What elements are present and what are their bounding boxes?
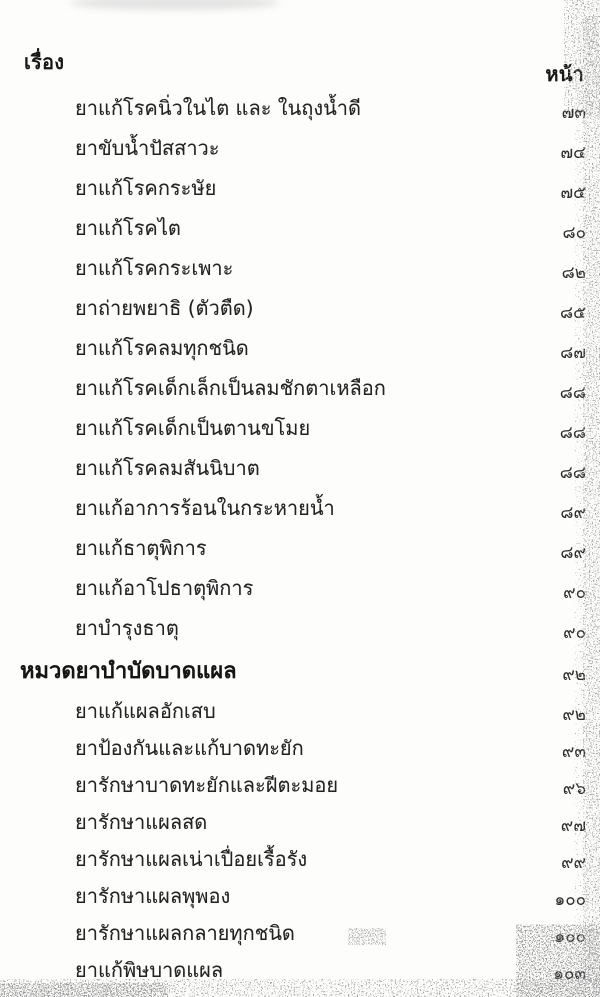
- toc-section-page: ๙๒: [552, 661, 586, 688]
- toc-entry-page: ๙๐: [552, 619, 586, 646]
- toc-entry-page: ๗๔: [552, 139, 586, 166]
- toc-entry-label: ยาแก้โรคลมสันนิบาต: [75, 452, 260, 484]
- scanned-toc-page: เรื่อง หน้า ยาแก้โรคนิ่วในไต และ ในถุงน้…: [0, 0, 600, 997]
- toc-entry: ยาแก้แผลอักเสบ๙๒: [0, 692, 600, 729]
- toc-entry: ยาแก้โรคกระษัย๗๕: [0, 168, 600, 208]
- toc-entry-label: ยาแก้โรคไต: [75, 212, 181, 244]
- toc-entry: ยาป้องกันและแก้บาดทะยัก๙๓: [0, 729, 600, 766]
- toc-section-label: หมวดยาบำบัดบาดแผล: [20, 653, 237, 688]
- toc-entry-page: ๗๕: [552, 179, 586, 206]
- toc-entry-label: ยาแก้โรคกระษัย: [75, 172, 216, 204]
- toc-entry-page: ๘๐: [552, 219, 586, 246]
- toc-entry-label: ยารักษาแผลเน่าเปื่อยเรื้อรัง: [75, 843, 307, 875]
- toc-entry: ยาแก้โรคเด็กเป็นตานขโมย๘๘: [0, 408, 600, 448]
- toc-entry: ยาบำรุงธาตุ๙๐: [0, 608, 600, 648]
- toc-entry-label: ยาป้องกันและแก้บาดทะยัก: [75, 732, 304, 764]
- toc-entry-page: ๙๖: [552, 775, 586, 802]
- toc-entry-page: ๘๗: [552, 339, 586, 366]
- toc-entry-page: ๘๙: [552, 499, 586, 526]
- toc-entry-page: ๑๐๓: [552, 960, 586, 987]
- toc-entry: ยาแก้โรคไต๘๐: [0, 208, 600, 248]
- toc-entry-page: ๘๙: [552, 539, 586, 566]
- toc-entry-page: ๘๘: [552, 419, 586, 446]
- column-header-page: หน้า: [545, 58, 584, 90]
- toc-entry: ยารักษาแผลพุพอง๑๐๐: [0, 877, 600, 914]
- toc-entry-label: ยาแก้อาโปธาตุพิการ: [75, 572, 253, 604]
- toc-entry-label: ยาถ่ายพยาธิ (ตัวตืด): [75, 292, 254, 324]
- toc-entry: ยาแก้ธาตุพิการ๘๙: [0, 528, 600, 568]
- toc-entry-page: ๙๙: [552, 849, 586, 876]
- toc-entry: ยาแก้โรคลมทุกชนิด๘๗: [0, 328, 600, 368]
- toc-entry: ยารักษาแผลกลายทุกชนิด๑๐๐: [0, 914, 600, 951]
- toc-entry: ยาขับน้ำปัสสาวะ๗๔: [0, 128, 600, 168]
- toc-entry: ยาแก้โรคนิ่วในไต และ ในถุงน้ำดี๗๓: [0, 88, 600, 128]
- toc-entry-label: ยาแก้ธาตุพิการ: [75, 532, 207, 564]
- toc-list: ยาแก้โรคนิ่วในไต และ ในถุงน้ำดี๗๓ ยาขับน…: [0, 88, 600, 988]
- toc-entry-label: ยาแก้อาการร้อนในกระหายน้ำ: [75, 492, 335, 524]
- toc-section-list: ยาแก้แผลอักเสบ๙๒ ยาป้องกันและแก้บาดทะยัก…: [0, 692, 600, 988]
- toc-entry-label: ยาแก้โรคลมทุกชนิด: [75, 332, 249, 364]
- top-scan-smudge: [70, 0, 280, 10]
- toc-entry-page: ๘๘: [552, 379, 586, 406]
- toc-entry-label: ยารักษาแผลกลายทุกชนิด: [75, 917, 295, 949]
- toc-entry-page: ๑๐๐: [552, 923, 586, 950]
- toc-entry-page: ๑๐๐: [552, 886, 586, 913]
- toc-entry-label: ยารักษาบาดทะยักและฝีตะมอย: [75, 769, 338, 801]
- toc-entry-label: ยาแก้โรคเด็กเป็นตานขโมย: [75, 412, 310, 444]
- toc-entry: ยาแก้อาการร้อนในกระหายน้ำ๘๙: [0, 488, 600, 528]
- toc-entry: ยาถ่ายพยาธิ (ตัวตืด)๘๕: [0, 288, 600, 328]
- toc-entry: ยารักษาบาดทะยักและฝีตะมอย๙๖: [0, 766, 600, 803]
- toc-entry-label: ยาแก้แผลอักเสบ: [75, 695, 216, 727]
- toc-entry: ยาแก้พิษบาดแผล๑๐๓: [0, 951, 600, 988]
- toc-entry-page: ๙๓: [552, 738, 586, 765]
- toc-entry-page: ๙๐: [552, 579, 586, 606]
- toc-entry: ยาแก้อาโปธาตุพิการ๙๐: [0, 568, 600, 608]
- toc-entry-label: ยาบำรุงธาตุ: [75, 612, 179, 644]
- column-header-subject: เรื่อง: [24, 46, 64, 78]
- toc-entry-label: ยารักษาแผลพุพอง: [75, 880, 230, 912]
- toc-entry-page: ๘๘: [552, 459, 586, 486]
- toc-entry-label: ยารักษาแผลสด: [75, 806, 207, 838]
- toc-entry-page: ๙๗: [552, 812, 586, 839]
- toc-entry: ยาแก้โรคเด็กเล็กเป็นลมชักตาเหลือก๘๘: [0, 368, 600, 408]
- toc-entry: ยาแก้โรคกระเพาะ๘๒: [0, 248, 600, 288]
- toc-entry-page: ๗๓: [552, 99, 586, 126]
- toc-entry-label: ยาแก้โรคนิ่วในไต และ ในถุงน้ำดี: [75, 92, 361, 124]
- toc-section-header: หมวดยาบำบัดบาดแผล๙๒: [0, 648, 600, 692]
- toc-entry: ยาแก้โรคลมสันนิบาต๘๘: [0, 448, 600, 488]
- toc-entry: ยารักษาแผลสด๙๗: [0, 803, 600, 840]
- toc-entry-label: ยาขับน้ำปัสสาวะ: [75, 132, 220, 164]
- toc-entry-page: ๙๒: [552, 701, 586, 728]
- toc-entry-page: ๘๕: [552, 299, 586, 326]
- toc-entry-page: ๘๒: [552, 259, 586, 286]
- toc-entry-label: ยาแก้พิษบาดแผล: [75, 954, 223, 986]
- toc-entry-label: ยาแก้โรคเด็กเล็กเป็นลมชักตาเหลือก: [75, 372, 386, 404]
- toc-entry: ยารักษาแผลเน่าเปื่อยเรื้อรัง๙๙: [0, 840, 600, 877]
- toc-entry-label: ยาแก้โรคกระเพาะ: [75, 252, 233, 284]
